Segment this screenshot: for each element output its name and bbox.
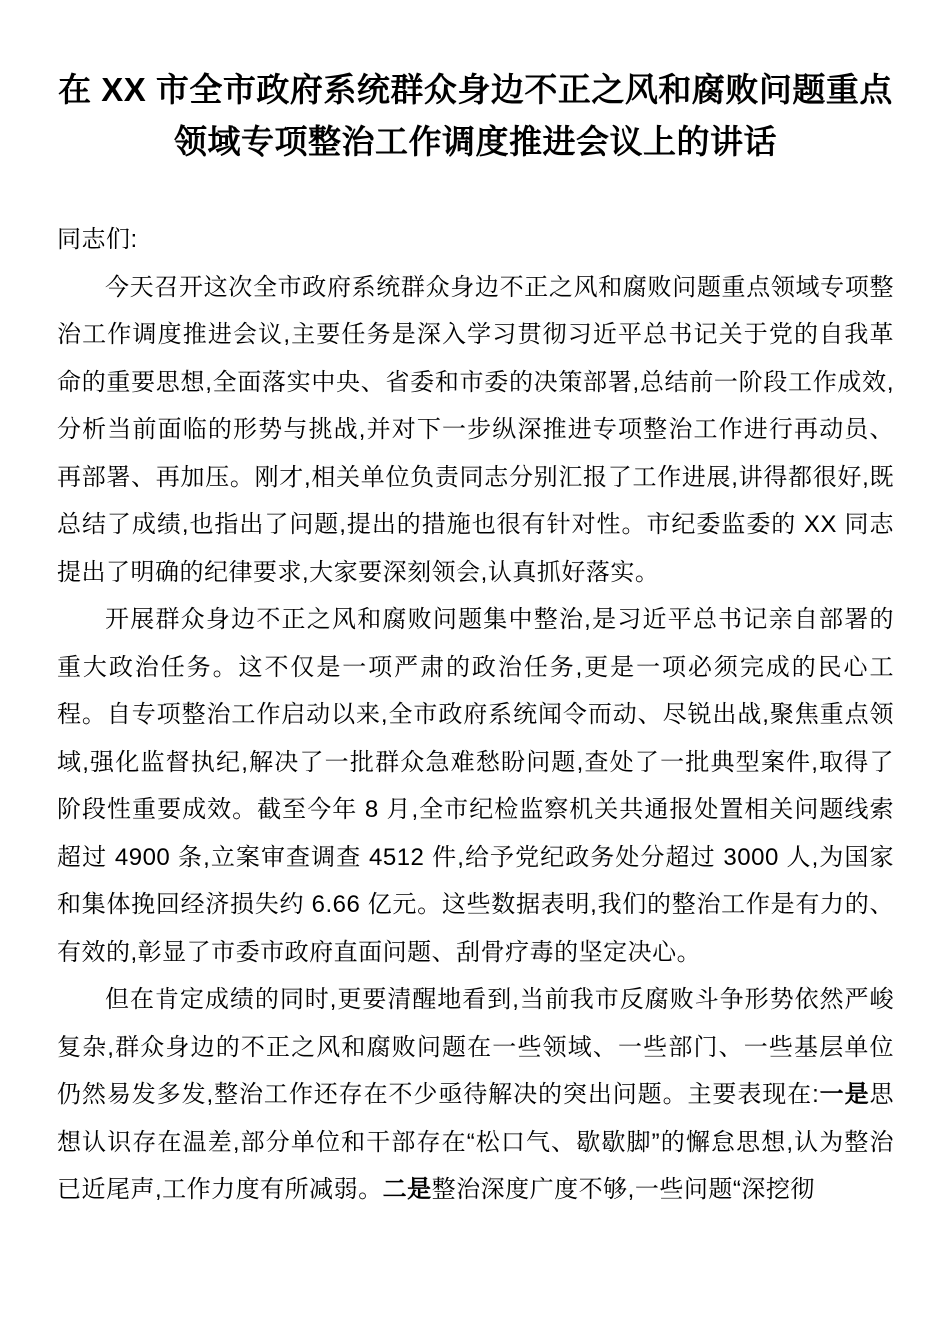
emphasis-run: 一是 xyxy=(819,1081,869,1108)
document-viewer: { "page": { "background_color": "#ffffff… xyxy=(0,0,950,1344)
text-run: 但在肯定成绩的同时,更要清醒地看到,当前我市反腐败斗争形势依然严峻复杂,群众身边… xyxy=(57,986,894,1108)
body-paragraph: 今天召开这次全市政府系统群众身边不正之风和腐败问题重点领域专项整治工作调度推进会… xyxy=(57,264,894,597)
text-run: 整治深度广度不够,一些问题“深挖彻 xyxy=(432,1176,815,1203)
body-paragraph: 但在肯定成绩的同时,更要清醒地看到,当前我市反腐败斗争形势依然严峻复杂,群众身边… xyxy=(57,976,894,1214)
document-title: 在 XX 市全市政府系统群众身边不正之风和腐败问题重点领域专项整治工作调度推进会… xyxy=(57,64,894,168)
text-run: 今天召开这次全市政府系统群众身边不正之风和腐败问题重点领域专项整治工作调度推进会… xyxy=(57,274,894,586)
salutation: 同志们: xyxy=(57,216,894,264)
document-page: 在 XX 市全市政府系统群众身边不正之风和腐败问题重点领域专项整治工作调度推进会… xyxy=(0,0,950,1344)
document-body: 同志们: 今天召开这次全市政府系统群众身边不正之风和腐败问题重点领域专项整治工作… xyxy=(57,216,894,1214)
text-run: 开展群众身边不正之风和腐败问题集中整治,是习近平总书记亲自部署的重大政治任务。这… xyxy=(57,606,894,966)
emphasis-run: 二是 xyxy=(383,1176,432,1203)
body-paragraph: 开展群众身边不正之风和腐败问题集中整治,是习近平总书记亲自部署的重大政治任务。这… xyxy=(57,596,894,976)
